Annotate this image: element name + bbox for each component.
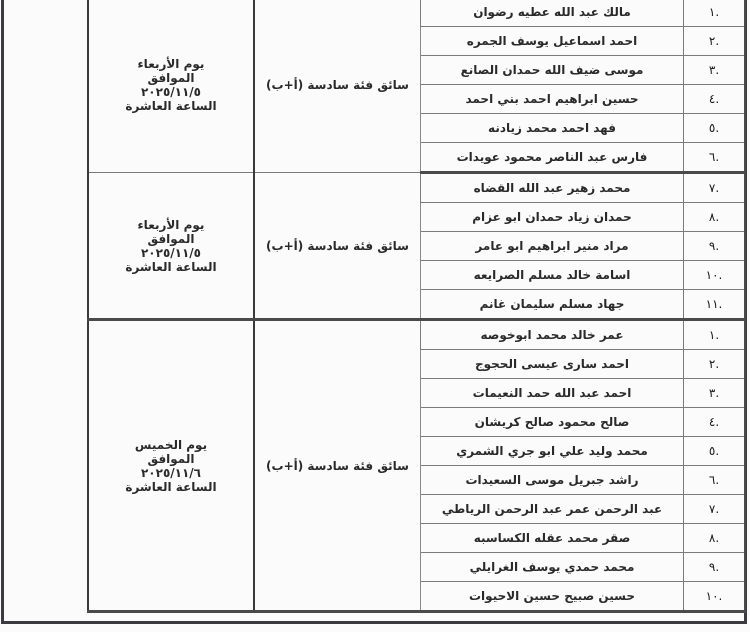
row-number: .٨ [684,524,746,553]
row-number: .٩ [684,553,746,582]
candidate-name: محمد زهير عبد الله القضاه [421,173,684,203]
row-number: .١٠ [684,582,746,612]
row-number: .٤ [684,408,746,437]
license-category: سائق فئة سادسة (أ+ب) [254,320,421,612]
row-number: .٩ [684,232,746,261]
exam-date-label: الموافق [89,71,253,85]
candidate-name: حسين ابراهيم احمد بني احمد [421,85,684,114]
row-number: .٦ [684,143,746,173]
candidate-name: محمد حمدي يوسف الغرايلي [421,553,684,582]
candidate-name: فهد احمد محمد زيادنه [421,114,684,143]
exam-day: يوم الأربعاء [89,57,253,71]
row-number: .٧ [684,173,746,203]
exam-date-label: الموافق [89,232,253,246]
row-number: .٦ [684,466,746,495]
table-row: .٧ محمد زهير عبد الله القضاه سائق فئة سا… [88,173,745,203]
license-category: سائق فئة سادسة (أ+ب) [254,0,421,173]
candidate-name: احمد سارى عيسى الحجوج [421,350,684,379]
candidate-name: جهاد مسلم سليمان غانم [421,290,684,320]
exam-date: ٢٠٢٥/١١/٥ [89,85,253,99]
row-number: .٢ [684,27,746,56]
exam-date: ٢٠٢٥/١١/٦ [89,466,253,480]
row-number: .٨ [684,203,746,232]
row-number: .١ [684,0,746,27]
exam-day: يوم الخميس [89,438,253,452]
row-number: .٤ [684,85,746,114]
exam-time: الساعة العاشرة [89,480,253,494]
exam-date: ٢٠٢٥/١١/٥ [89,246,253,260]
row-number: .٣ [684,56,746,85]
candidate-name: حمدان زياد حمدان ابو عزام [421,203,684,232]
candidate-name: مالك عبد الله عطيه رضوان [421,0,684,27]
row-number: .١ [684,320,746,350]
candidate-name: فارس عبد الناصر محمود عويدات [421,143,684,173]
candidate-name: عبد الرحمن عمر عبد الرحمن الرياطي [421,495,684,524]
candidate-name: حسين صبيح حسين الاحيوات [421,582,684,612]
exam-date-cell: يوم الأربعاء الموافق ٢٠٢٥/١١/٥ الساعة ال… [88,0,254,173]
row-number: .١١ [684,290,746,320]
candidate-name: موسى ضيف الله حمدان الصانع [421,56,684,85]
candidate-name: صالح محمود صالح كريشان [421,408,684,437]
row-number: .٣ [684,379,746,408]
table-row: .١ مالك عبد الله عطيه رضوان سائق فئة ساد… [88,0,745,27]
row-number: .٥ [684,114,746,143]
row-number: .٧ [684,495,746,524]
candidate-name: محمد وليد علي ابو جري الشمري [421,437,684,466]
exam-schedule-table: .١ مالك عبد الله عطيه رضوان سائق فئة ساد… [87,0,746,613]
row-number: .٥ [684,437,746,466]
exam-date-cell: يوم الخميس الموافق ٢٠٢٥/١١/٦ الساعة العا… [88,320,254,612]
exam-day: يوم الأربعاء [89,218,253,232]
exam-time: الساعة العاشرة [89,99,253,113]
candidate-name: مراد منير ابراهيم ابو عامر [421,232,684,261]
exam-date-label: الموافق [89,452,253,466]
row-number: .١٠ [684,261,746,290]
license-category: سائق فئة سادسة (أ+ب) [254,173,421,320]
candidate-name: عمر خالد محمد ابوخوصه [421,320,684,350]
candidate-name: راشد جبريل موسى السعيدات [421,466,684,495]
candidate-name: اسامة خالد مسلم الصرايعه [421,261,684,290]
candidate-name: احمد اسماعيل يوسف الجمره [421,27,684,56]
table-row: .١ عمر خالد محمد ابوخوصه سائق فئة سادسة … [88,320,745,350]
candidate-name: احمد عبد الله حمد النعيمات [421,379,684,408]
exam-date-cell: يوم الأربعاء الموافق ٢٠٢٥/١١/٥ الساعة ال… [88,173,254,320]
candidate-name: صقر محمد عقله الكساسبه [421,524,684,553]
row-number: .٢ [684,350,746,379]
exam-time: الساعة العاشرة [89,260,253,274]
